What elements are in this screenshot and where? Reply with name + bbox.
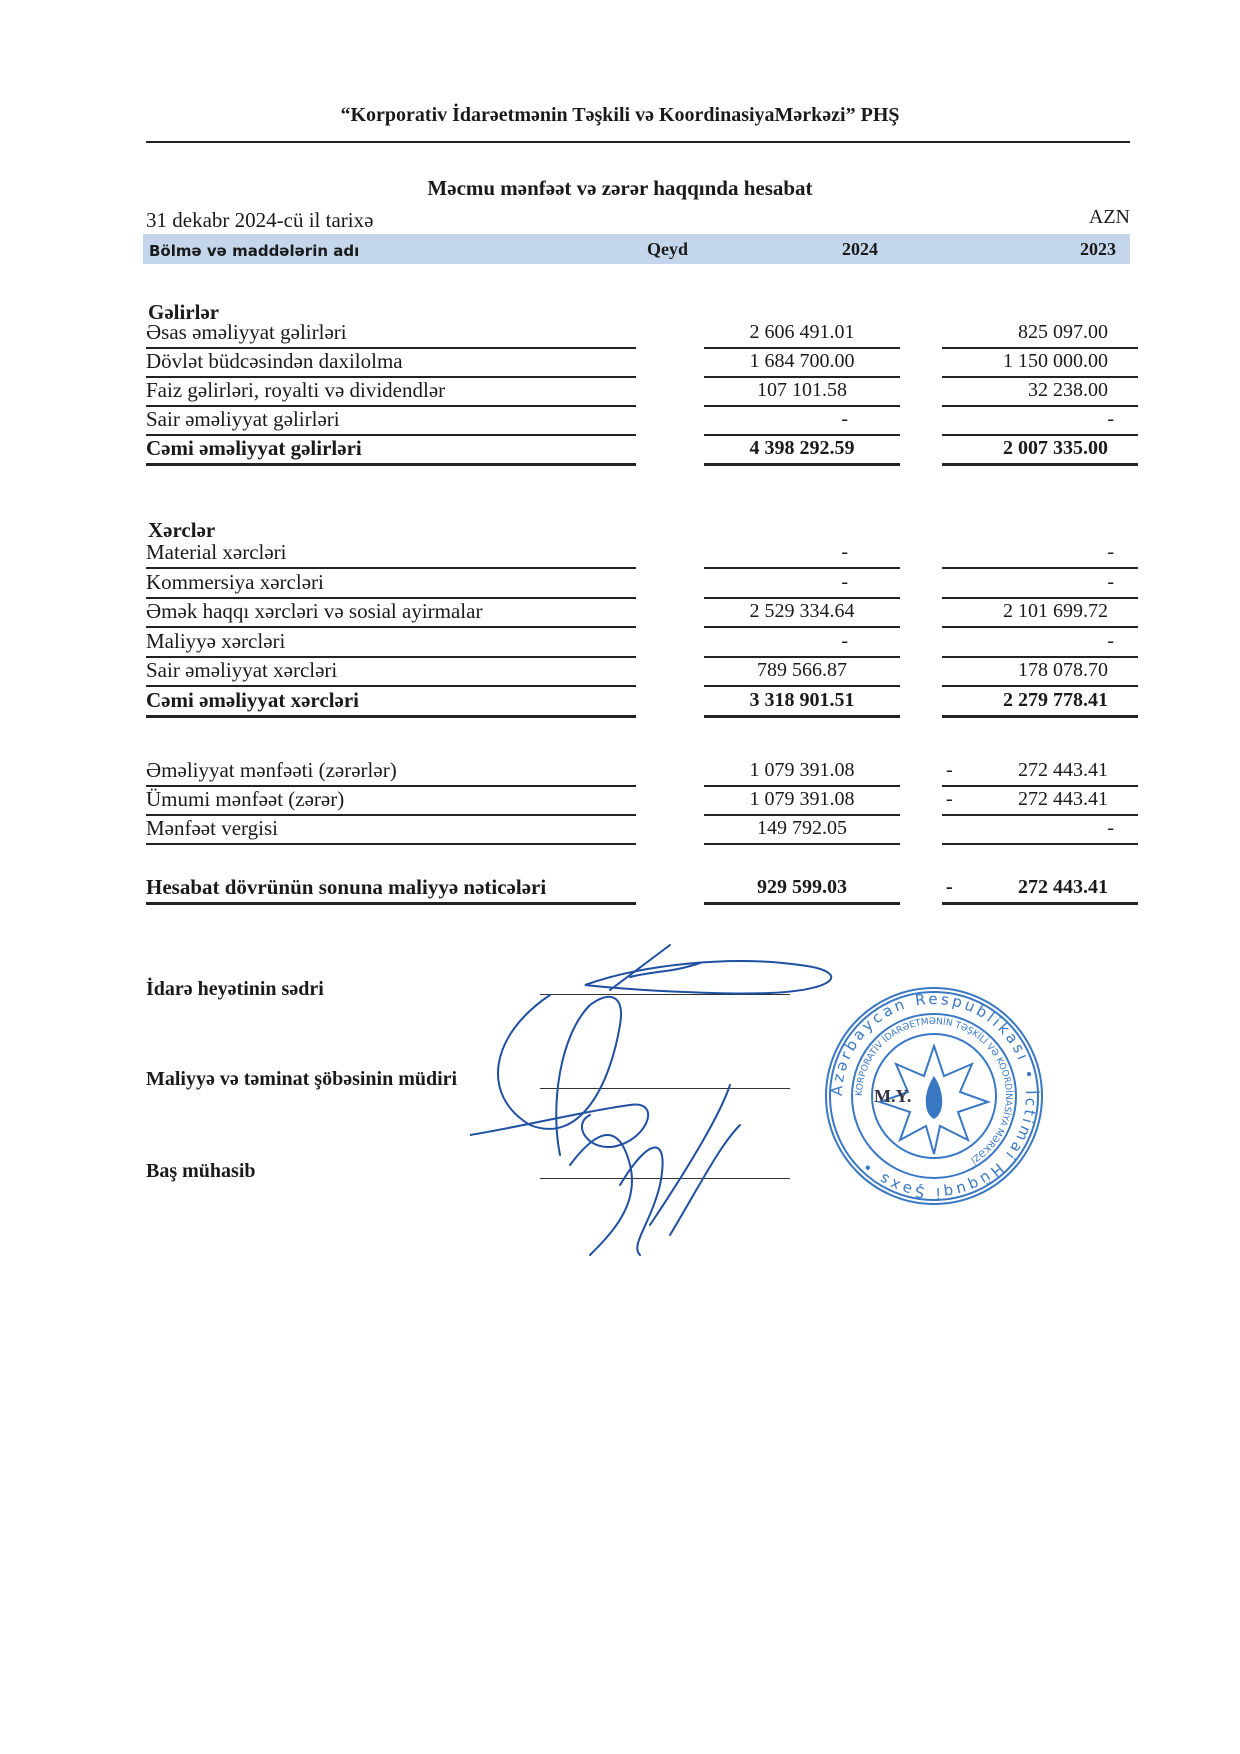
- income-row-value-2024: 2 606 491.01: [704, 320, 900, 349]
- expense-row-label: Sair əməliyyat xərcləri: [146, 658, 636, 687]
- expense-row-value-2023: 2 101 699.72: [942, 599, 1138, 628]
- signature-label-finance-head: Maliyyə və təminat şöbəsinin müdiri: [146, 1068, 457, 1091]
- expense-row-value-2023: -: [942, 570, 1138, 599]
- final-result-value-2023: -272 443.41: [942, 875, 1138, 905]
- result-row-value-2023: -272 443.41: [942, 758, 1138, 787]
- expense-row-value-2023: 178 078.70: [942, 658, 1138, 687]
- signature-label-chief-accountant: Baş mühasib: [146, 1160, 256, 1183]
- expense-total-value-2023: 2 279 778.41: [942, 688, 1138, 718]
- expense-row-value-2023: -: [942, 629, 1138, 658]
- report-date: 31 dekabr 2024-cü il tarixə: [146, 208, 373, 233]
- expense-row-label: Maliyyə xərcləri: [146, 629, 636, 658]
- income-total-value-2023: 2 007 335.00: [942, 436, 1138, 466]
- currency-label: AZN: [1089, 206, 1130, 229]
- income-row-label: Sair əməliyyat gəlirləri: [146, 407, 636, 436]
- svg-text:M.Y.: M.Y.: [874, 1086, 911, 1106]
- result-row-value-2024: 1 079 391.08: [704, 787, 900, 816]
- income-row-value-2024: -: [704, 407, 900, 436]
- table-header: Bölmə və maddələrin adı Qeyd 2024 2023: [143, 234, 1130, 264]
- negative-sign: -: [946, 787, 953, 811]
- column-header-2024: 2024: [775, 239, 945, 260]
- final-result-value-2024: 929 599.03: [704, 875, 900, 905]
- expense-total-value-2024: 3 318 901.51: [704, 688, 900, 718]
- income-row-value-2024: 1 684 700.00: [704, 349, 900, 378]
- income-row-value-2023: 32 238.00: [942, 378, 1138, 407]
- income-row-label: Dövlət büdcəsindən daxilolma: [146, 349, 636, 378]
- income-row-label: Əsas əməliyyat gəlirləri: [146, 320, 636, 349]
- official-stamp-icon: Azərbaycan Respublikası • İctimai Hüquqi…: [822, 984, 1046, 1208]
- organization-title: “Korporativ İdarəetmənin Təşkili və Koor…: [0, 104, 1240, 127]
- income-row-value-2023: 825 097.00: [942, 320, 1138, 349]
- result-row-value-2024: 149 792.05: [704, 816, 900, 845]
- expense-row-value-2024: 2 529 334.64: [704, 599, 900, 628]
- expense-row-value-2024: -: [704, 570, 900, 599]
- column-header-name: Bölmə və maddələrin adı: [149, 242, 359, 260]
- result-row-value-2024: 1 079 391.08: [704, 758, 900, 787]
- income-total-label: Cəmi əməliyyat gəlirləri: [146, 436, 636, 466]
- expense-row-label: Material xərcləri: [146, 540, 636, 569]
- result-row-value-2023: -272 443.41: [942, 787, 1138, 816]
- final-result-label: Hesabat dövrünün sonuna maliyyə nəticələ…: [146, 875, 636, 905]
- signature-label-chairman: İdarə heyətinin sədri: [146, 978, 324, 1001]
- expense-row-value-2024: -: [704, 540, 900, 569]
- column-header-note: Qeyd: [647, 239, 688, 260]
- expense-row-value-2024: -: [704, 629, 900, 658]
- result-row-label: Ümumi mənfəət (zərər): [146, 787, 636, 816]
- result-row-label: Əməliyyat mənfəəti (zərərlər): [146, 758, 636, 787]
- report-title: Məcmu mənfəət və zərər haqqında hesabat: [0, 176, 1240, 201]
- expense-row-label: Kommersiya xərcləri: [146, 570, 636, 599]
- negative-sign: -: [946, 758, 953, 782]
- expense-total-label: Cəmi əməliyyat xərcləri: [146, 688, 636, 718]
- income-row-value-2023: 1 150 000.00: [942, 349, 1138, 378]
- result-row-label: Mənfəət vergisi: [146, 816, 636, 845]
- income-row-value-2023: -: [942, 407, 1138, 436]
- expense-row-value-2023: -: [942, 540, 1138, 569]
- result-row-value-2023: -: [942, 816, 1138, 845]
- negative-sign: -: [946, 875, 953, 899]
- expense-row-value-2024: 789 566.87: [704, 658, 900, 687]
- expense-row-label: Əmək haqqı xərcləri və sosial ayirmalar: [146, 599, 636, 628]
- income-row-value-2024: 107 101.58: [704, 378, 900, 407]
- header-rule: [146, 141, 1130, 143]
- income-row-label: Faiz gəlirləri, royalti və dividendlər: [146, 378, 636, 407]
- column-header-2023: 2023: [1013, 239, 1183, 260]
- income-total-value-2024: 4 398 292.59: [704, 436, 900, 466]
